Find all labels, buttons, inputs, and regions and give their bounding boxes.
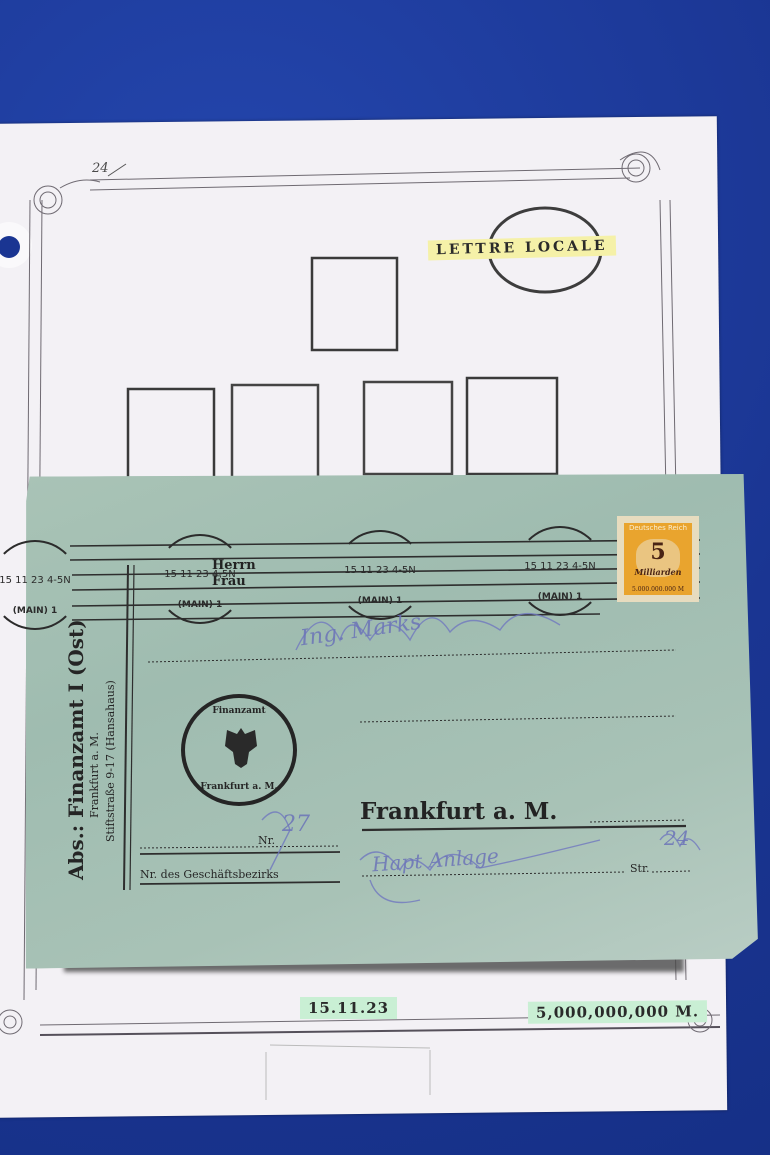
stamp-numeral: 5 (624, 539, 692, 565)
sender-office: Abs.: Finanzamt I (Ost) (64, 619, 88, 880)
stamp-value-line: 5.000.000.000 M (624, 586, 692, 593)
handwritten-number: 27 (282, 812, 310, 837)
sender-city: Frankfurt a. M. (88, 732, 101, 818)
date-label: 15.11.23 (300, 997, 397, 1019)
postage-stamp: Deutsches Reich 5 Milliarden 5.000.000.0… (617, 516, 699, 602)
postmark: 15 11 23 4-5N (MAIN) 1 (335, 530, 425, 620)
number-label: Nr. (258, 834, 275, 847)
district-label: Nr. des Geschäftsbezirks (140, 868, 279, 881)
eagle-icon (221, 724, 261, 770)
value-label: 5,000,000,000 M. (528, 1000, 707, 1024)
addressee-prefix: Herrn Frau (212, 558, 256, 590)
handwritten-house-number: 24 (664, 826, 689, 850)
postmark: 15 11 23 4-5N (MAIN) 1 (515, 526, 605, 616)
finanzamt-seal: Finanzamt Frankfurt a. M. (181, 694, 297, 806)
sender-street: Stiftstraße 9-17 (Hansahaus) (104, 680, 117, 842)
stamp-country: Deutsches Reich (624, 524, 692, 532)
stamp-denomination: Milliarden (624, 567, 692, 577)
street-label: Str. (630, 862, 650, 875)
destination-city: Frankfurt a. M. (360, 798, 557, 825)
